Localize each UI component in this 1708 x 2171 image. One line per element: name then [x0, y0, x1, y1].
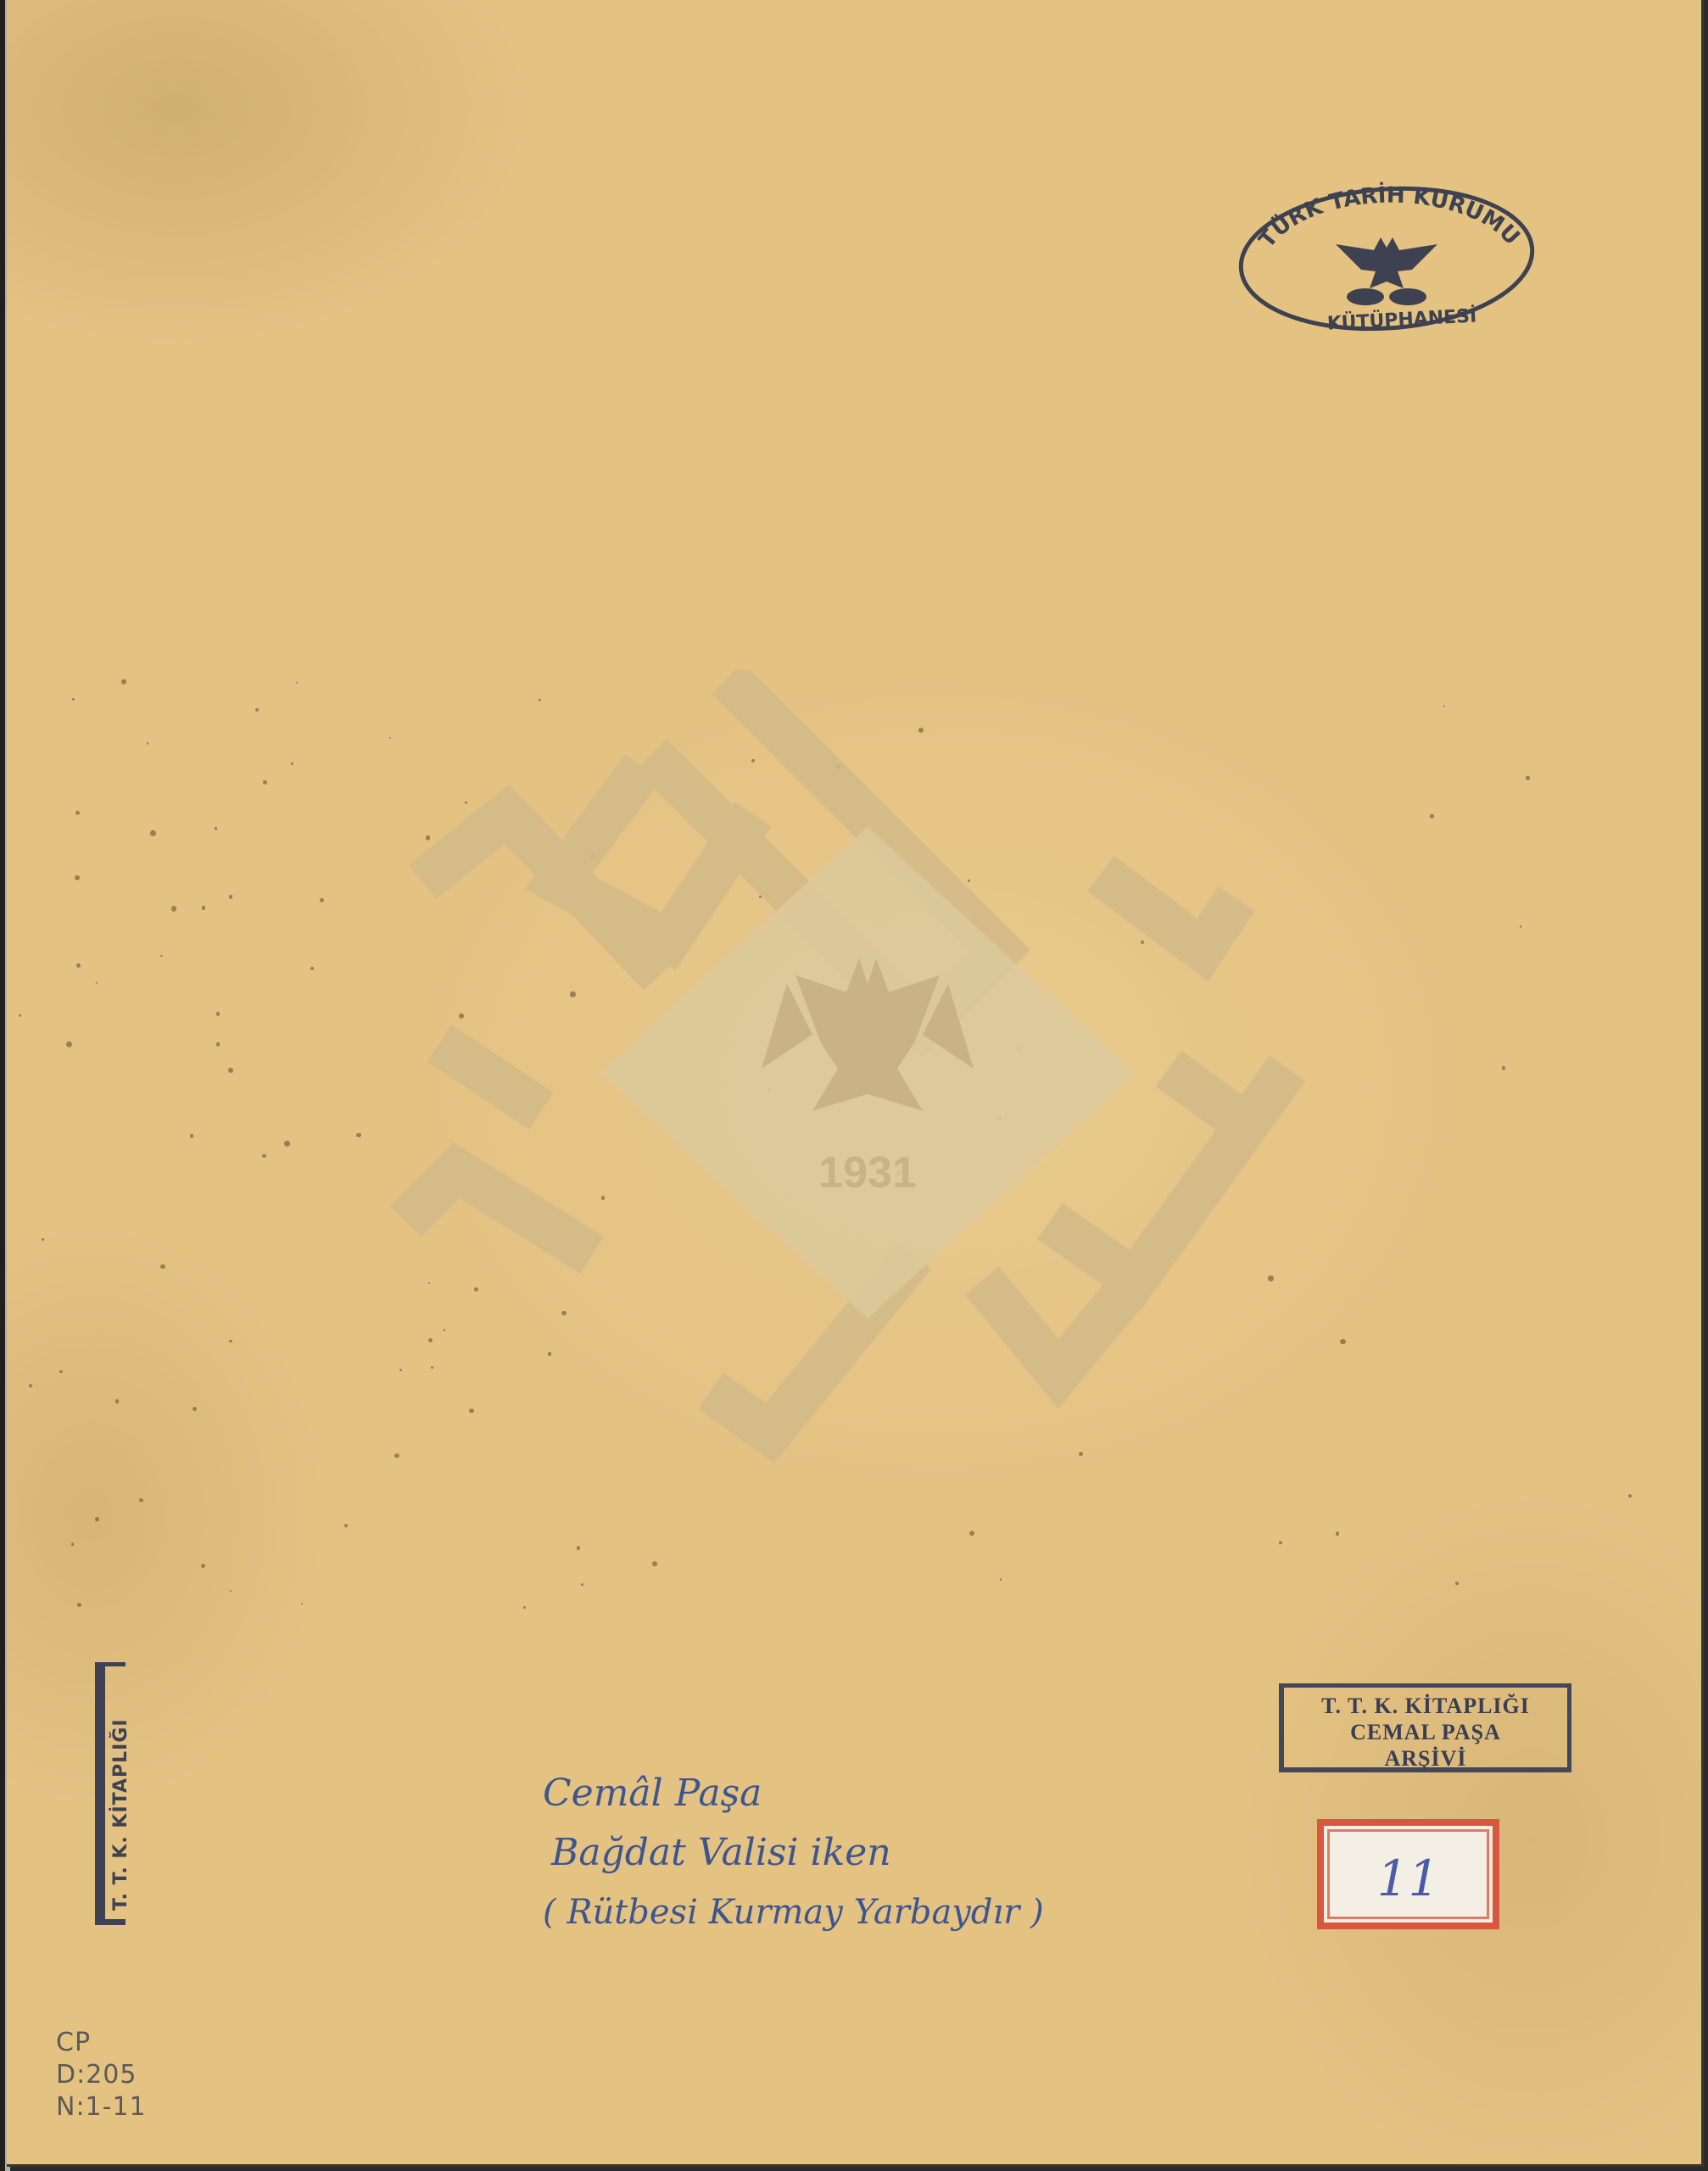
pencil-line: D:205: [56, 2059, 147, 2091]
side-stamp-text: T. T. K. KİTAPLIĞI: [110, 1718, 131, 1911]
folder-number: 11: [1324, 1850, 1493, 1907]
archive-stamp-line: CEMAL PAŞA: [1284, 1719, 1567, 1745]
library-oval-stamp: TÜRK TARİH KURUMU KÜTÜPHANESİ: [1230, 170, 1543, 339]
oval-stamp-bottom-text: KÜTÜPHANESİ: [1326, 304, 1477, 334]
archive-stamp-line: T. T. K. KİTAPLIĞI: [1284, 1693, 1567, 1719]
pencil-line: CP: [56, 2027, 147, 2059]
svg-text:TÜRK TARİH KURUMU: TÜRK TARİH KURUMU: [1254, 181, 1525, 253]
scan-border: [0, 0, 7, 2171]
emblem-year: 1931: [818, 1148, 917, 1197]
double-headed-eagle-icon: [1336, 237, 1437, 305]
handwritten-line: Bağdat Valisi iken: [551, 1823, 1044, 1883]
pencil-shelf-mark: CP D:205 N:1-11: [56, 2027, 147, 2124]
handwritten-line: Cemâl Paşa: [543, 1764, 1044, 1823]
archive-stamp-line: ARŞİVİ: [1284, 1745, 1567, 1772]
ttk-emblem: 1931: [388, 670, 1347, 1510]
handwritten-line: ( Rütbesi Kurmay Yarbaydır ): [543, 1883, 1044, 1942]
handwritten-note: Cemâl Paşa Bağdat Valisi iken ( Rütbesi …: [543, 1764, 1044, 1942]
side-library-stamp: T. T. K. KİTAPLIĞI: [95, 1662, 126, 1925]
pencil-line: N:1-11: [56, 2091, 147, 2124]
archive-stamp: T. T. K. KİTAPLIĞI CEMAL PAŞA ARŞİVİ: [1279, 1683, 1571, 1772]
folder-cover: TÜRK TARİH KURUMU KÜTÜPHANESİ: [7, 0, 1704, 2167]
number-label: 11: [1317, 1819, 1499, 1929]
oval-stamp-top-text: TÜRK TARİH KURUMU: [1254, 181, 1525, 253]
